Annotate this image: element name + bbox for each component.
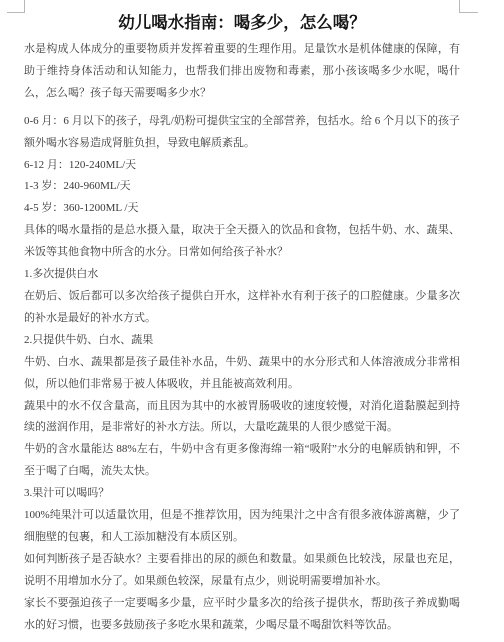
paragraph: 家长不要强迫孩子一定要喝多少量，应平时少量多次的给孩子提供水，帮助孩子养成勤喝水… (24, 593, 460, 637)
paragraph: 100%纯果汁可以适量饮用，但是不推荐饮用，因为纯果汁之中含有很多液体游离糖，少… (24, 505, 460, 549)
paragraph: 在奶后、饭后都可以多次给孩子提供白开水，这样补水有利于孩子的口腔健康。少量多次的… (24, 286, 460, 330)
document-content: 幼儿喝水指南：喝多少，怎么喝？ 水是构成人体成分的重要物质并发挥着重要的生理作用… (24, 12, 460, 636)
text-boundary-corner-mark-right (459, 0, 478, 13)
paragraph: 牛奶、白水、蔬果都是孩子最佳补水品，牛奶、蔬果中的水分形式和人体溶液成分非常相似… (24, 352, 460, 396)
paragraph: 牛奶的含水量能达 88%左右，牛奶中含有更多像海绵一箱“吸附”水分的电解质钠和钾… (24, 439, 460, 483)
paragraph: 0-6 月：6 月以下的孩子，母乳/奶粉可提供宝宝的全部营养，包括水。给 6 个… (24, 111, 460, 155)
paragraph: 1-3 岁：240-960ML/天 (24, 176, 460, 198)
paragraph: 3.果汁可以喝吗？ (24, 483, 460, 505)
document-body: 水是构成人体成分的重要物质并发挥着重要的生理作用。足量饮水是机体健康的保障，有助… (24, 39, 460, 636)
document-page: 幼儿喝水指南：喝多少，怎么喝？ 水是构成人体成分的重要物质并发挥着重要的生理作用… (0, 0, 504, 642)
document-title: 幼儿喝水指南：喝多少，怎么喝？ (24, 12, 460, 34)
paragraph: 4-5 岁：360-1200ML /天 (24, 198, 460, 220)
paragraph: 水是构成人体成分的重要物质并发挥着重要的生理作用。足量饮水是机体健康的保障，有助… (24, 39, 460, 105)
paragraph: 2.只提供牛奶、白水、蔬果 (24, 330, 460, 352)
paragraph: 蔬果中的水不仅含量高，而且因为其中的水被胃肠吸收的速度较慢，对消化道黏膜起到持续… (24, 396, 460, 440)
paragraph: 6-12 月：120-240ML/天 (24, 155, 460, 177)
paragraph: 1.多次提供白水 (24, 264, 460, 286)
paragraph: 如何判断孩子是否缺水？主要看排出的尿的颜色和数量。如果颜色比较浅，尿量也充足，说… (24, 549, 460, 593)
paragraph: 具体的喝水量指的是总水摄入量，取决于全天摄入的饮品和食物，包括牛奶、水、蔬果、米… (24, 220, 460, 264)
text-boundary-corner-mark-left (7, 0, 25, 13)
